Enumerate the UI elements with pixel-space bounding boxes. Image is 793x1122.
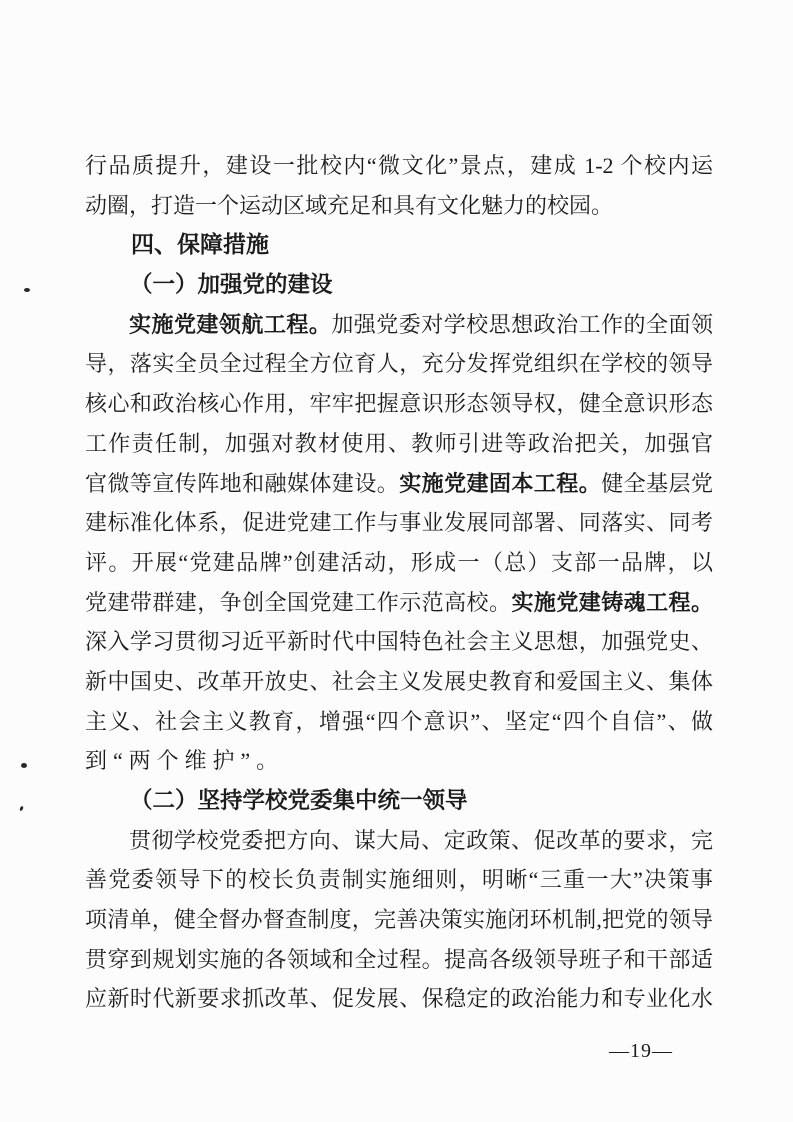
body-line: 善党委领导下的校长负责制实施细则，明晰“三重一大”决策事 xyxy=(85,860,713,900)
text-segment: 贯彻学校党委把方向、谋大局、定政策、促改革的要求，完 xyxy=(129,828,713,853)
section-heading-4: 四、保障措施 xyxy=(85,225,713,265)
text-segment: 应新时代新要求抓改革、促发展、保稳定的政治能力和专业化水 xyxy=(85,986,713,1011)
bold-phrase: （二）坚持学校党委集中统一领导 xyxy=(130,788,468,813)
text-segment: 建标准化体系，促进党建工作与事业发展同部署、同落实、同考 xyxy=(85,510,713,535)
body-line: 实施党建领航工程。加强党委对学校思想政治工作的全面领 xyxy=(85,305,713,345)
text-segment: 到“两个维护”。 xyxy=(85,748,284,773)
body-line: 动圈，打造一个运动区域充足和具有文化魅力的校园。 xyxy=(85,186,713,226)
body-line: 新中国史、改革开放史、社会主义发展史教育和爱国主义、集体 xyxy=(85,662,713,702)
text-segment: 工作责任制，加强对教材使用、教师引进等政治把关，加强官网、 xyxy=(85,431,713,464)
body-line: 深入学习贯彻习近平新时代中国特色社会主义思想，加强党史、 xyxy=(85,622,713,662)
page-number: —19— xyxy=(609,1040,673,1063)
body-line: 导，落实全员全过程全方位育人，充分发挥党组织在学校的领导 xyxy=(85,344,713,384)
text-segment: 动圈，打造一个运动区域充足和具有文化魅力的校园。 xyxy=(85,193,613,218)
body-line: 工作责任制，加强对教材使用、教师引进等政治把关，加强官网、 xyxy=(85,424,713,464)
text-segment: 评。开展“党建品牌”创建活动，形成一（总）支部一品牌，以 xyxy=(85,550,713,575)
body-line: 到“两个维护”。 xyxy=(85,741,713,781)
body-line: 贯穿到规划实施的各领域和全过程。提高各级领导班子和干部适 xyxy=(85,940,713,980)
bold-phrase: 实施党建铸魂工程。 xyxy=(511,590,713,615)
body-line: 行品质提升，建设一批校内“微文化”景点，建成 1-2 个校内运 xyxy=(85,146,713,186)
scan-speck xyxy=(24,288,30,292)
body-line: 贯彻学校党委把方向、谋大局、定政策、促改革的要求，完 xyxy=(85,821,713,861)
text-segment: 健全基层党 xyxy=(601,471,713,496)
bold-phrase: 四、保障措施 xyxy=(131,231,269,257)
body-line: 应新时代新要求抓改革、促发展、保稳定的政治能力和专业化水 xyxy=(85,979,713,1019)
text-segment: 贯穿到规划实施的各领域和全过程。提高各级领导班子和干部适 xyxy=(85,947,713,972)
text-segment: 主义、社会主义教育，增强“四个意识”、坚定“四个自信”、做 xyxy=(85,709,713,734)
body-line: 党建带群建，争创全国党建工作示范高校。实施党建铸魂工程。 xyxy=(85,583,713,623)
text-segment: 核心和政治核心作用，牢牢把握意识形态领导权，健全意识形态 xyxy=(85,391,713,416)
text-segment: 导，落实全员全过程全方位育人，充分发挥党组织在学校的领导 xyxy=(85,351,713,376)
bold-phrase: 实施党建固本工程。 xyxy=(399,471,601,496)
scan-speck xyxy=(19,806,24,812)
text-segment: 官微等宣传阵地和融媒体建设。 xyxy=(85,471,399,496)
subsection-heading-2: （二）坚持学校党委集中统一领导 xyxy=(85,781,713,821)
bold-phrase: （一）加强党的建设 xyxy=(130,272,333,297)
body-line: 核心和政治核心作用，牢牢把握意识形态领导权，健全意识形态 xyxy=(85,384,713,424)
body-line: 官微等宣传阵地和融媒体建设。实施党建固本工程。健全基层党 xyxy=(85,464,713,504)
subsection-heading-1: （一）加强党的建设 xyxy=(85,265,713,305)
scan-speck xyxy=(21,763,27,768)
text-segment: 善党委领导下的校长负责制实施细则，明晰“三重一大”决策事 xyxy=(85,867,713,892)
text-segment: 行品质提升，建设一批校内“微文化”景点，建成 1-2 个校内运 xyxy=(85,153,713,178)
body-line: 评。开展“党建品牌”创建活动，形成一（总）支部一品牌，以 xyxy=(85,543,713,583)
text-segment: 新中国史、改革开放史、社会主义发展史教育和爱国主义、集体 xyxy=(85,669,713,694)
bold-phrase: 实施党建领航工程。 xyxy=(129,312,331,337)
body-line: 建标准化体系，促进党建工作与事业发展同部署、同落实、同考 xyxy=(85,503,713,543)
text-segment: 加强党委对学校思想政治工作的全面领 xyxy=(331,312,713,337)
document-body: 行品质提升，建设一批校内“微文化”景点，建成 1-2 个校内运动圈，打造一个运动… xyxy=(85,146,713,1019)
body-line: 主义、社会主义教育，增强“四个意识”、坚定“四个自信”、做 xyxy=(85,702,713,742)
text-segment: 深入学习贯彻习近平新时代中国特色社会主义思想，加强党史、 xyxy=(85,629,713,654)
body-line: 项清单，健全督办督查制度，完善决策实施闭环机制,把党的领导 xyxy=(85,900,713,940)
scanned-document-page: 行品质提升，建设一批校内“微文化”景点，建成 1-2 个校内运动圈，打造一个运动… xyxy=(0,0,793,1122)
text-segment: 党建带群建，争创全国党建工作示范高校。 xyxy=(85,590,511,615)
text-segment: 项清单，健全督办督查制度，完善决策实施闭环机制,把党的领导 xyxy=(85,907,713,932)
